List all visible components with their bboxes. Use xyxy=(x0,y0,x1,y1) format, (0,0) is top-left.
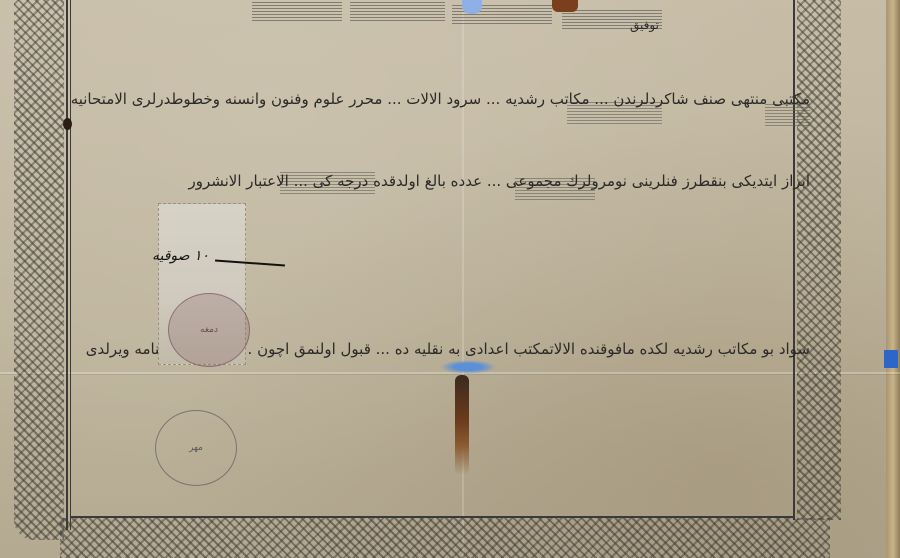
revenue-stamp-seal: دمغه xyxy=(168,293,250,367)
ink-spot xyxy=(63,118,72,130)
paper-tear-hole xyxy=(440,360,496,374)
ornamental-border-left xyxy=(14,0,64,540)
revenue-stamp-label: دمغه xyxy=(200,325,218,335)
printed-header-bar-2 xyxy=(350,2,445,22)
header-title: توفيق xyxy=(630,18,659,32)
border-rule-bottom xyxy=(70,516,795,518)
paper-tear-top xyxy=(462,0,482,14)
ornamental-border-bottom xyxy=(60,518,830,558)
official-seal: مهر xyxy=(155,410,237,486)
border-rule-left-inner xyxy=(70,0,71,530)
document-line-2: ابراز ايتديكی بنقطرز فنلرينی نومرولرك مج… xyxy=(188,172,810,190)
document-photo xyxy=(0,0,900,558)
border-rule-right xyxy=(793,0,795,520)
printed-header-bar-1 xyxy=(252,2,342,22)
rust-stain xyxy=(455,375,469,475)
border-rule-left xyxy=(66,0,68,530)
blue-tape-fragment xyxy=(884,350,898,368)
picture-frame-edge xyxy=(886,0,900,558)
document-line-1: مكتبی منتهی صنف شاكردلرندن ... مكاتب رشد… xyxy=(71,90,810,108)
official-seal-label: مهر xyxy=(189,443,203,453)
rust-stain-top xyxy=(552,0,578,12)
ornamental-border-right xyxy=(797,0,841,520)
signature: ١٠ صوقيه xyxy=(152,248,209,264)
